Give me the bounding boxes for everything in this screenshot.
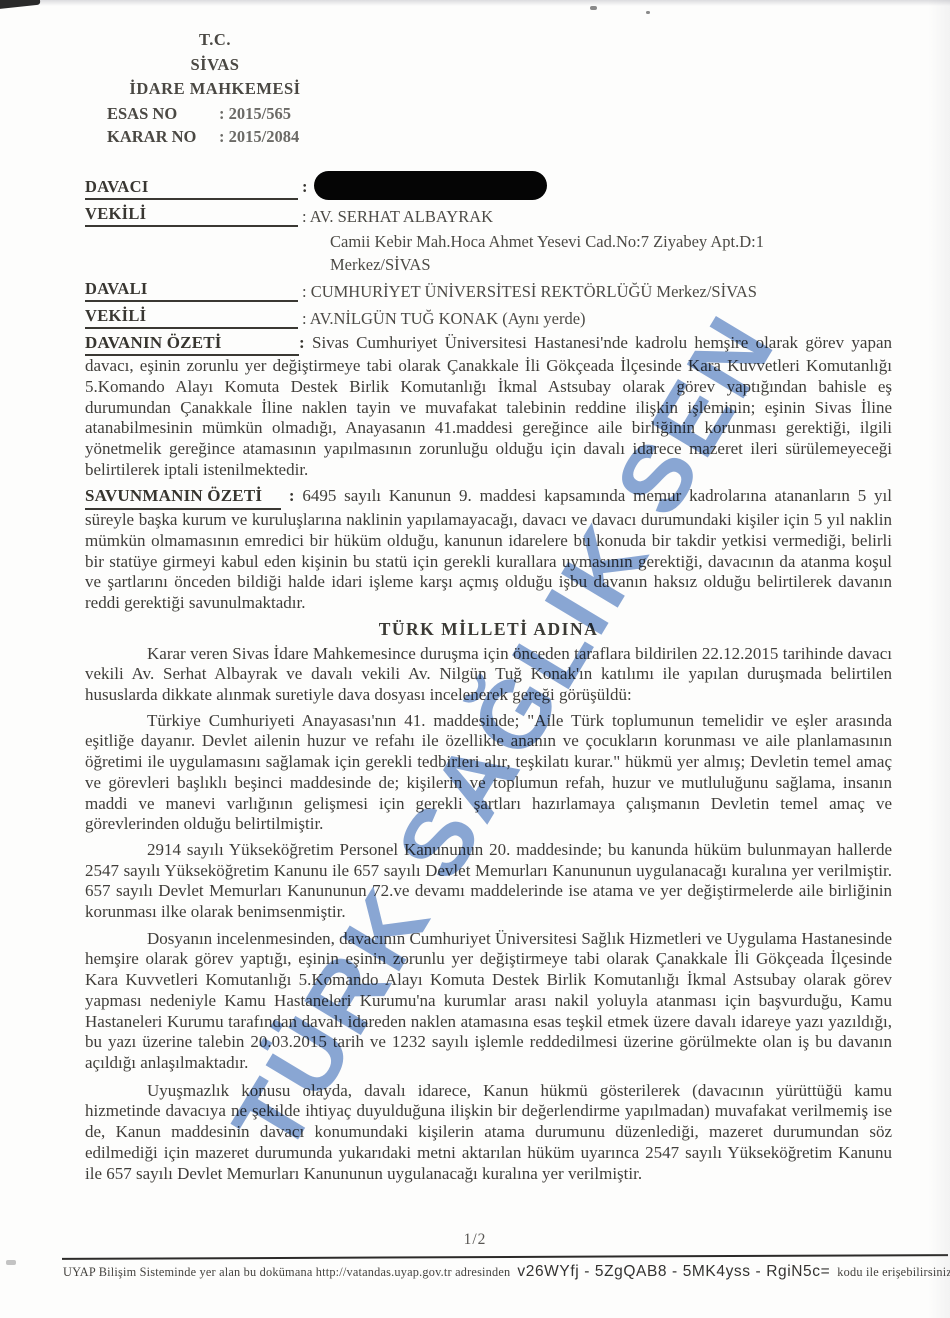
uyap-suffix-text: kodu ile erişebilirsiniz.: [837, 1265, 950, 1280]
dava-ozeti-colon: :: [299, 333, 312, 352]
uyap-prefix-text: UYAP Bilişim Sisteminde yer alan bu dokü…: [63, 1265, 510, 1280]
vekili-address-line2: Merkez/SİVAS: [330, 254, 892, 276]
court-header: T.C. SİVAS İDARE MAHKEMESİ ESAS NO : 201…: [107, 28, 323, 149]
scan-speck: [6, 1260, 16, 1265]
document-content: T.C. SİVAS İDARE MAHKEMESİ ESAS NO : 201…: [85, 28, 892, 1187]
decision-paragraph: Uyuşmazlık konusu olayda, davalı idarece…: [85, 1081, 892, 1185]
davali-row: DAVALI : CUMHURİYET ÜNİVERSİTESİ REKTÖRL…: [85, 279, 892, 302]
karar-no-label: KARAR NO: [107, 125, 219, 149]
vekili-value: : AV. SERHAT ALBAYRAK: [298, 207, 892, 227]
scan-speck: [646, 11, 650, 14]
davali-label: DAVALI: [85, 279, 298, 302]
parties-section: DAVACI : VEKİLİ : AV. SERHAT ALBAYRAK Ca…: [85, 171, 892, 329]
davali-value: : CUMHURİYET ÜNİVERSİTESİ REKTÖRLÜĞÜ Mer…: [298, 282, 892, 302]
vekili2-label: VEKİLİ: [85, 306, 298, 329]
court-decision-page: TÜRK SAĞLIK SEN T.C. SİVAS İDARE MAHKEME…: [0, 0, 950, 1318]
footer-divider: [62, 1254, 948, 1260]
decision-paragraph: Karar veren Sivas İdare Mahkemesince dur…: [85, 644, 892, 706]
republic-line: T.C.: [107, 28, 323, 53]
davaci-label: DAVACI: [85, 177, 298, 200]
scan-speck: [590, 6, 597, 10]
savunma-ozeti-colon: :: [281, 486, 302, 505]
uyap-footer: UYAP Bilişim Sisteminde yer alan bu dokü…: [63, 1263, 943, 1281]
dava-ozeti-label: DAVANIN ÖZETİ: [85, 333, 299, 357]
page-number: 1/2: [0, 1231, 950, 1249]
esas-no-label: ESAS NO: [107, 102, 219, 126]
karar-no-row: KARAR NO : 2015/2084: [107, 125, 323, 149]
esas-no-row: ESAS NO : 2015/565: [107, 102, 323, 126]
davaci-value: :: [298, 171, 892, 200]
vekili-row: VEKİLİ : AV. SERHAT ALBAYRAK: [85, 204, 892, 227]
decision-paragraph: Türkiye Cumhuriyeti Anayasası'nın 41. ma…: [85, 711, 892, 835]
savunma-ozeti-label: SAVUNMANIN ÖZETİ: [85, 486, 281, 510]
court-name: İDARE MAHKEMESİ: [107, 77, 323, 102]
savunma-ozeti-paragraph: SAVUNMANIN ÖZETİ : 6495 sayılı Kanunun 9…: [85, 486, 892, 613]
davaci-colon: :: [302, 177, 308, 196]
uyap-access-code: v26WYfj - 5ZgQAB8 - 5MK4yss - RgiN5c=: [517, 1263, 830, 1281]
redaction-bar: [314, 171, 547, 200]
karar-no-value: : 2015/2084: [219, 125, 299, 149]
vekili-label: VEKİLİ: [85, 204, 298, 227]
vekili2-value: : AV.NİLGÜN TUĞ KONAK (Aynı yerde): [298, 309, 892, 329]
davaci-row: DAVACI :: [85, 171, 892, 200]
dava-ozeti-paragraph: DAVANIN ÖZETİ: Sivas Cumhuriyet Üniversi…: [85, 333, 892, 481]
vekili2-row: VEKİLİ : AV.NİLGÜN TUĞ KONAK (Aynı yerde…: [85, 306, 892, 329]
esas-no-value: : 2015/565: [219, 102, 291, 126]
decision-paragraph: 2914 sayılı Yükseköğretim Personel Kanun…: [85, 840, 892, 923]
decision-paragraph: Dosyanın incelenmesinden, davacının Cumh…: [85, 929, 892, 1074]
decision-heading: TÜRK MİLLETİ ADINA: [85, 619, 892, 640]
scan-artifact: [0, 0, 40, 9]
vekili-address-line1: Camii Kebir Mah.Hoca Ahmet Yesevi Cad.No…: [330, 231, 892, 253]
city-line: SİVAS: [107, 53, 323, 78]
